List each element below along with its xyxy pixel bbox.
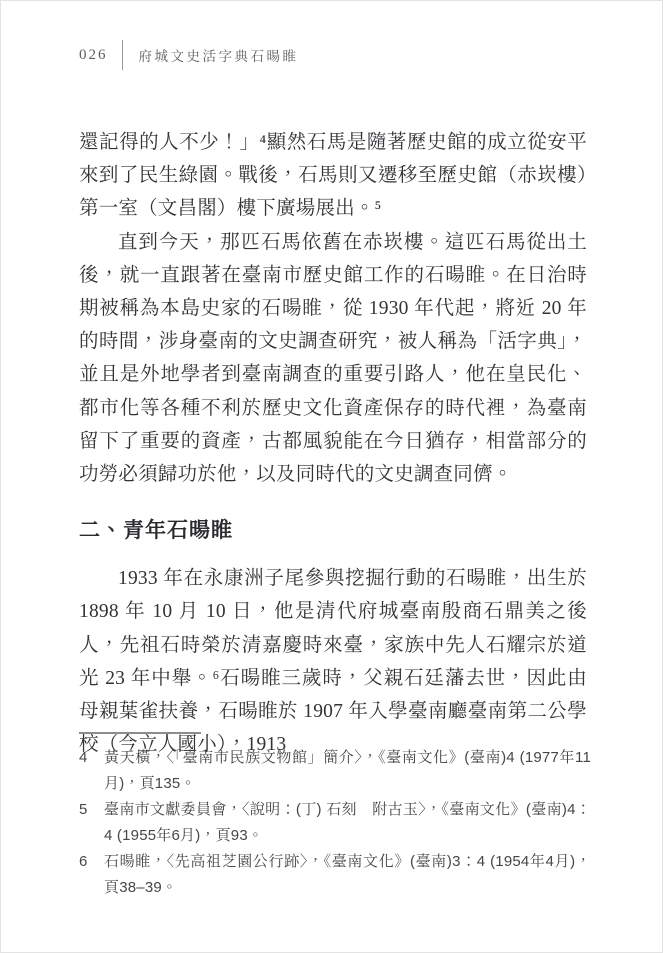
running-title: 府城文史活字典石暘睢 <box>139 45 299 65</box>
paragraph: 直到今天，那匹石馬依舊在赤崁樓。這匹石馬從出土後，就一直跟著在臺南市歷史館工作的… <box>79 226 587 492</box>
footnote: 6 石暘睢，〈先高祖芝園公行跡〉，《臺南文化》(臺南)3：4 (1954年4月)… <box>79 849 591 901</box>
footnote-text: 黃天橫，〈「臺南市民族文物館」簡介〉，《臺南文化》(臺南)4 (1977年11月… <box>104 745 591 797</box>
footnote: 5 臺南市文獻委員會，〈說明：(丁) 石刻 附古玉〉，《臺南文化》(臺南)4：4… <box>79 797 591 849</box>
footnote-text: 臺南市文獻委員會，〈說明：(丁) 石刻 附古玉〉，《臺南文化》(臺南)4：4 (… <box>104 797 591 849</box>
header-divider <box>122 40 123 70</box>
paragraph-continuation: 還記得的人不少！」⁴顯然石馬是隨著歷史館的成立從安平來到了民生綠園。戰後，石馬則… <box>79 126 587 226</box>
body-text: 還記得的人不少！」⁴顯然石馬是隨著歷史館的成立從安平來到了民生綠園。戰後，石馬則… <box>79 126 587 761</box>
page-header: 026 府城文史活字典石暘睢 <box>79 39 584 71</box>
footnote-separator-rule <box>79 732 201 734</box>
footnotes-section: 4 黃天橫，〈「臺南市民族文物館」簡介〉，《臺南文化》(臺南)4 (1977年1… <box>79 732 591 901</box>
section-heading: 二、青年石暘睢 <box>79 517 587 545</box>
book-page: 026 府城文史活字典石暘睢 還記得的人不少！」⁴顯然石馬是隨著歷史館的成立從安… <box>0 0 663 953</box>
footnote-number: 5 <box>79 797 104 823</box>
footnote: 4 黃天橫，〈「臺南市民族文物館」簡介〉，《臺南文化》(臺南)4 (1977年1… <box>79 745 591 797</box>
page-number: 026 <box>79 47 108 64</box>
footnote-number: 4 <box>79 745 104 771</box>
footnote-text: 石暘睢，〈先高祖芝園公行跡〉，《臺南文化》(臺南)3：4 (1954年4月)，頁… <box>104 849 591 901</box>
footnote-number: 6 <box>79 849 104 875</box>
